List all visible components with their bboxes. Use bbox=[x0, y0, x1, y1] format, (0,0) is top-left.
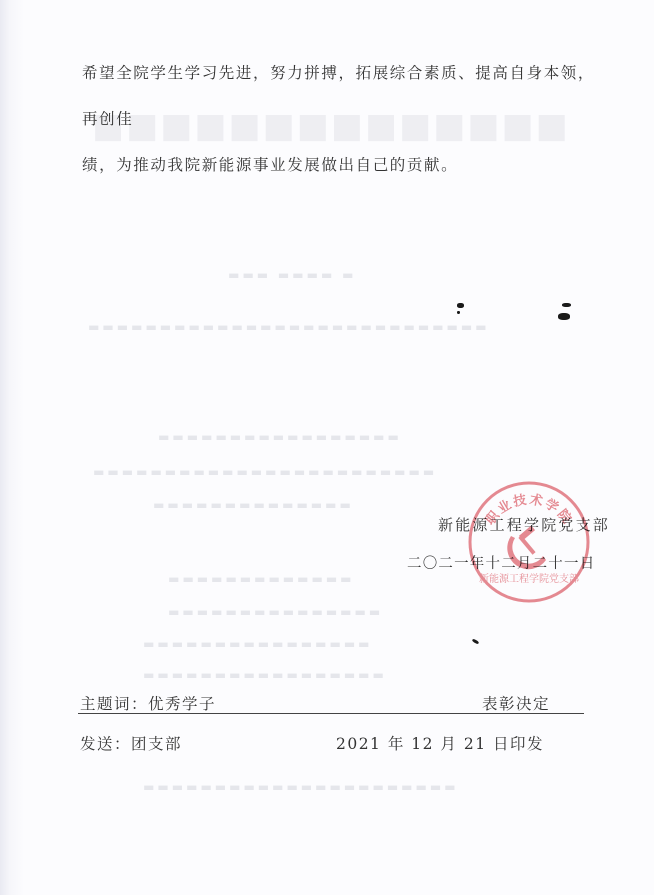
bleed-through-line: ▬▬▬▬▬▬▬▬▬▬▬▬▬▬▬▬ bbox=[140, 637, 369, 651]
seal-inner-text: 新能源工程学院党支部 bbox=[479, 572, 579, 585]
official-seal: 职业技术学院 新能源工程学院党支部 bbox=[467, 480, 591, 604]
body-paragraph: 希望全院学生学习先进，努力拼搏，拓展综合素质、提高自身本领，再创佳 绩，为推动我… bbox=[82, 50, 612, 188]
bleed-through-line: ▬ ▬▬▬▬ ▬▬▬ bbox=[225, 268, 353, 282]
bleed-through-line: ▬▬▬▬▬▬▬▬▬▬▬▬▬▬ bbox=[150, 498, 351, 512]
scan-speck bbox=[558, 313, 570, 320]
bleed-through-line: ▬▬▬▬▬▬▬▬▬▬▬▬▬▬▬ bbox=[165, 605, 380, 619]
print-date: 2021 年 12 月 21 日印发 bbox=[336, 732, 544, 754]
body-line-1: 希望全院学生学习先进，努力拼搏，拓展综合素质、提高自身本领，再创佳 bbox=[82, 50, 612, 142]
body-line-2: 绩，为推动我院新能源事业发展做出自己的贡献。 bbox=[82, 142, 612, 188]
hammer-and-sickle-icon bbox=[507, 526, 546, 570]
distribution-row: 发送：团支部 2021 年 12 月 21 日印发 bbox=[80, 732, 580, 754]
bleed-through-line: ▬▬▬▬▬▬▬▬▬▬▬▬▬▬▬▬▬▬▬▬▬▬ bbox=[140, 780, 455, 794]
bleed-through-line: ▬▬▬▬▬▬▬▬▬▬▬▬▬▬▬▬▬▬▬▬▬▬▬▬ bbox=[90, 465, 434, 479]
scan-speck bbox=[457, 303, 464, 308]
scanned-page: ■■■■■■■■■■■■■■ ▬ ▬▬▬▬ ▬▬▬ ▬▬▬▬▬▬▬▬▬▬▬▬▬▬… bbox=[0, 0, 654, 895]
keywords-row: 主题词：优秀学子 表彰决定 bbox=[80, 692, 580, 714]
scan-speck bbox=[472, 638, 480, 644]
sent-to: 发送：团支部 bbox=[80, 732, 182, 754]
scan-speck bbox=[562, 303, 571, 307]
bleed-through-line: ▬▬▬▬▬▬▬▬▬▬▬▬▬▬▬▬▬ bbox=[155, 430, 399, 444]
seal-outer-text: 职业技术学院 bbox=[482, 491, 576, 528]
keywords-label: 主题词：优秀学子 bbox=[80, 692, 216, 714]
bleed-through-line: ▬▬▬▬▬▬▬▬▬▬▬▬▬▬▬▬▬ bbox=[140, 668, 384, 682]
bleed-through-line: ▬▬▬▬▬▬▬▬▬▬▬▬▬▬▬▬▬▬▬▬▬▬▬▬▬▬▬▬ bbox=[85, 320, 486, 334]
scan-speck bbox=[457, 311, 460, 314]
keywords-right: 表彰决定 bbox=[482, 692, 550, 714]
bleed-through-line: ▬▬▬▬▬▬▬▬▬▬▬▬▬ bbox=[165, 572, 351, 586]
footer-divider bbox=[78, 713, 584, 714]
